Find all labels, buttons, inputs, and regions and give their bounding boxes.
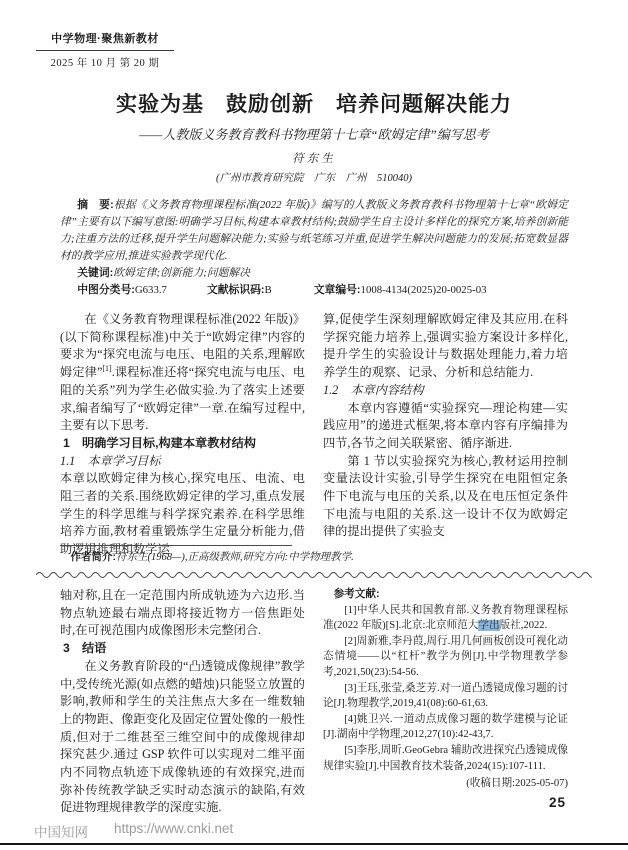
clc-value: G633.7	[135, 284, 167, 296]
article-title: 实验为基 鼓励创新 培养问题解决能力	[0, 88, 628, 118]
doc-code-value: B	[265, 284, 272, 296]
references-title: 参考文献:	[323, 587, 568, 603]
journal-issue: 2025 年 10 月 第 20 期	[36, 51, 174, 70]
keywords-text: 欧姆定律;创新能力;问题解决	[113, 267, 250, 279]
citation-superscript: [1]	[102, 364, 111, 373]
abstract: 摘 要:根据《义务教育物理课程标准(2022 年版)》编写的人教版义务教育教科书…	[60, 197, 568, 265]
section-heading-3: 3 结语	[60, 640, 305, 658]
doc-code-group: 文献标识码:B	[207, 284, 272, 296]
highlighted-text: 学出	[478, 620, 499, 631]
abstract-text: 根据《义务教育物理课程标准(2022 年版)》编写的人教版义务教育教科书物理第十…	[60, 199, 568, 262]
classification-line: 中图分类号:G633.7文献标识码:B文章编号:1008-4134(2025)2…	[60, 282, 568, 299]
paragraph: 算,促使学生深刻理解欧姆定律及其应用.在科学探究能力培养上,强调实验方案设计多样…	[323, 311, 568, 382]
references-column: 参考文献: [1]中华人民共和国教育部.义务教育物理课程标准(2022 年版)[…	[323, 587, 568, 801]
journal-page: 中学物理·聚焦新教材 2025 年 10 月 第 20 期 实验为基 鼓励创新 …	[0, 0, 628, 850]
article-subtitle: ——人教版义务教育教科书物理第十七章“欧姆定律”编写思考	[0, 124, 628, 143]
author-bio-text: 符东生(1968—),正高级教师,研究方向:中学物理教学.	[116, 552, 354, 563]
reference-item: [4]姚卫兴.一道动点成像习题的数学建模与论证[J].湖南中学物理,2012,2…	[323, 712, 568, 743]
left-column: 轴对称,且在一定范围内所成轨迹为六边形.当物点轨迹最右端点即将接近物方一倍焦距处…	[60, 587, 305, 801]
reference-item: [5]李彤,周昕.GeoGebra 辅助改进探究凸透镜成像规律实验[J].中国教…	[323, 743, 568, 774]
subsection-heading-1-2: 1.2 本章内容结构	[323, 382, 568, 400]
subsection-heading-1-1: 1.1 本章学习目标	[60, 453, 305, 471]
main-body: 在《义务教育物理课程标准(2022 年版)》(以下简称课程标准)中关于“欧姆定律…	[60, 311, 568, 543]
previous-article-body: 轴对称,且在一定范围内所成轨迹为六边形.当物点轨迹最右端点即将接近物方一倍焦距处…	[60, 587, 568, 801]
author-bio: 作者简介:符东生(1968—),正高级教师,研究方向:中学物理教学.	[60, 550, 568, 565]
author-bio-label: 作者简介:	[71, 551, 117, 563]
right-column: 算,促使学生深刻理解欧姆定律及其应用.在科学探究能力培养上,强调实验方案设计多样…	[323, 311, 568, 543]
bottom-border-rule	[0, 843, 628, 845]
keywords: 关键词:欧姆定律;创新能力;问题解决	[60, 265, 568, 282]
reference-item: [3]王珏,张莹,桑芝芳.对一道凸透镜成像习题的讨论[J].物理教学,2019,…	[323, 681, 568, 712]
footnote-rule	[60, 545, 292, 546]
cnki-site-url: https://www.cnki.net	[114, 821, 233, 841]
paragraph: 轴对称,且在一定范围内所成轨迹为六边形.当物点轨迹最右端点即将接近物方一倍焦距处…	[60, 587, 305, 640]
author-name: 符东生	[0, 150, 628, 166]
wavy-divider	[36, 570, 592, 580]
clc-group: 中图分类号:G633.7	[77, 284, 167, 296]
article-id-label: 文章编号:	[314, 284, 361, 296]
article-meta: 摘 要:根据《义务教育物理课程标准(2022 年版)》编写的人教版义务教育教科书…	[60, 197, 568, 299]
paragraph: 本章内容遵循“实验探究—理论构建—实践应用”的递进式框架,将本章内容有序编排为四…	[323, 400, 568, 453]
paragraph: 第 1 节以实验探究为核心,教材运用控制变量法设计实验,引导学生探究在电阻恒定条…	[323, 453, 568, 542]
left-column: 在《义务教育物理课程标准(2022 年版)》(以下简称课程标准)中关于“欧姆定律…	[60, 311, 305, 543]
doc-code-label: 文献标识码:	[207, 284, 265, 296]
journal-name: 中学物理·聚焦新教材	[36, 30, 174, 51]
page-number: 25	[549, 795, 566, 810]
article-id-group: 文章编号:1008-4134(2025)20-0025-03	[314, 284, 487, 296]
reference-text: 版社,2022.	[500, 620, 548, 631]
journal-header: 中学物理·聚焦新教材 2025 年 10 月 第 20 期	[36, 30, 174, 70]
section-heading-1: 1 明确学习目标,构建本章教材结构	[60, 435, 305, 453]
author-affiliation: (广州市教育研究院 广东 广州 510040)	[0, 170, 628, 185]
reference-item: [2]周新雅,李丹葭,周行.用几何画板创设可视化动态情境——以“杠杆”教学为例[…	[323, 634, 568, 681]
cnki-site-name: 中国知网	[34, 821, 88, 841]
paragraph: 在义务教育阶段的“凸透镜成像规律”教学中,受传统光源(如点燃的蜡烛)只能竖立放置…	[60, 658, 305, 817]
footnote-area: 作者简介:符东生(1968—),正高级教师,研究方向:中学物理教学.	[60, 545, 568, 565]
abstract-label: 摘 要:	[77, 199, 113, 211]
received-date: (收稿日期:2025-05-07)	[323, 776, 568, 792]
reference-item: [1]中华人民共和国教育部.义务教育物理课程标准(2022 年版)[S].北京:…	[323, 603, 568, 634]
paragraph: 在《义务教育物理课程标准(2022 年版)》(以下简称课程标准)中关于“欧姆定律…	[60, 311, 305, 435]
clc-label: 中图分类号:	[77, 284, 135, 296]
keywords-label: 关键词:	[77, 267, 113, 279]
cnki-watermark: 中国知网 https://www.cnki.net	[34, 821, 233, 841]
article-id-value: 1008-4134(2025)20-0025-03	[361, 284, 487, 296]
